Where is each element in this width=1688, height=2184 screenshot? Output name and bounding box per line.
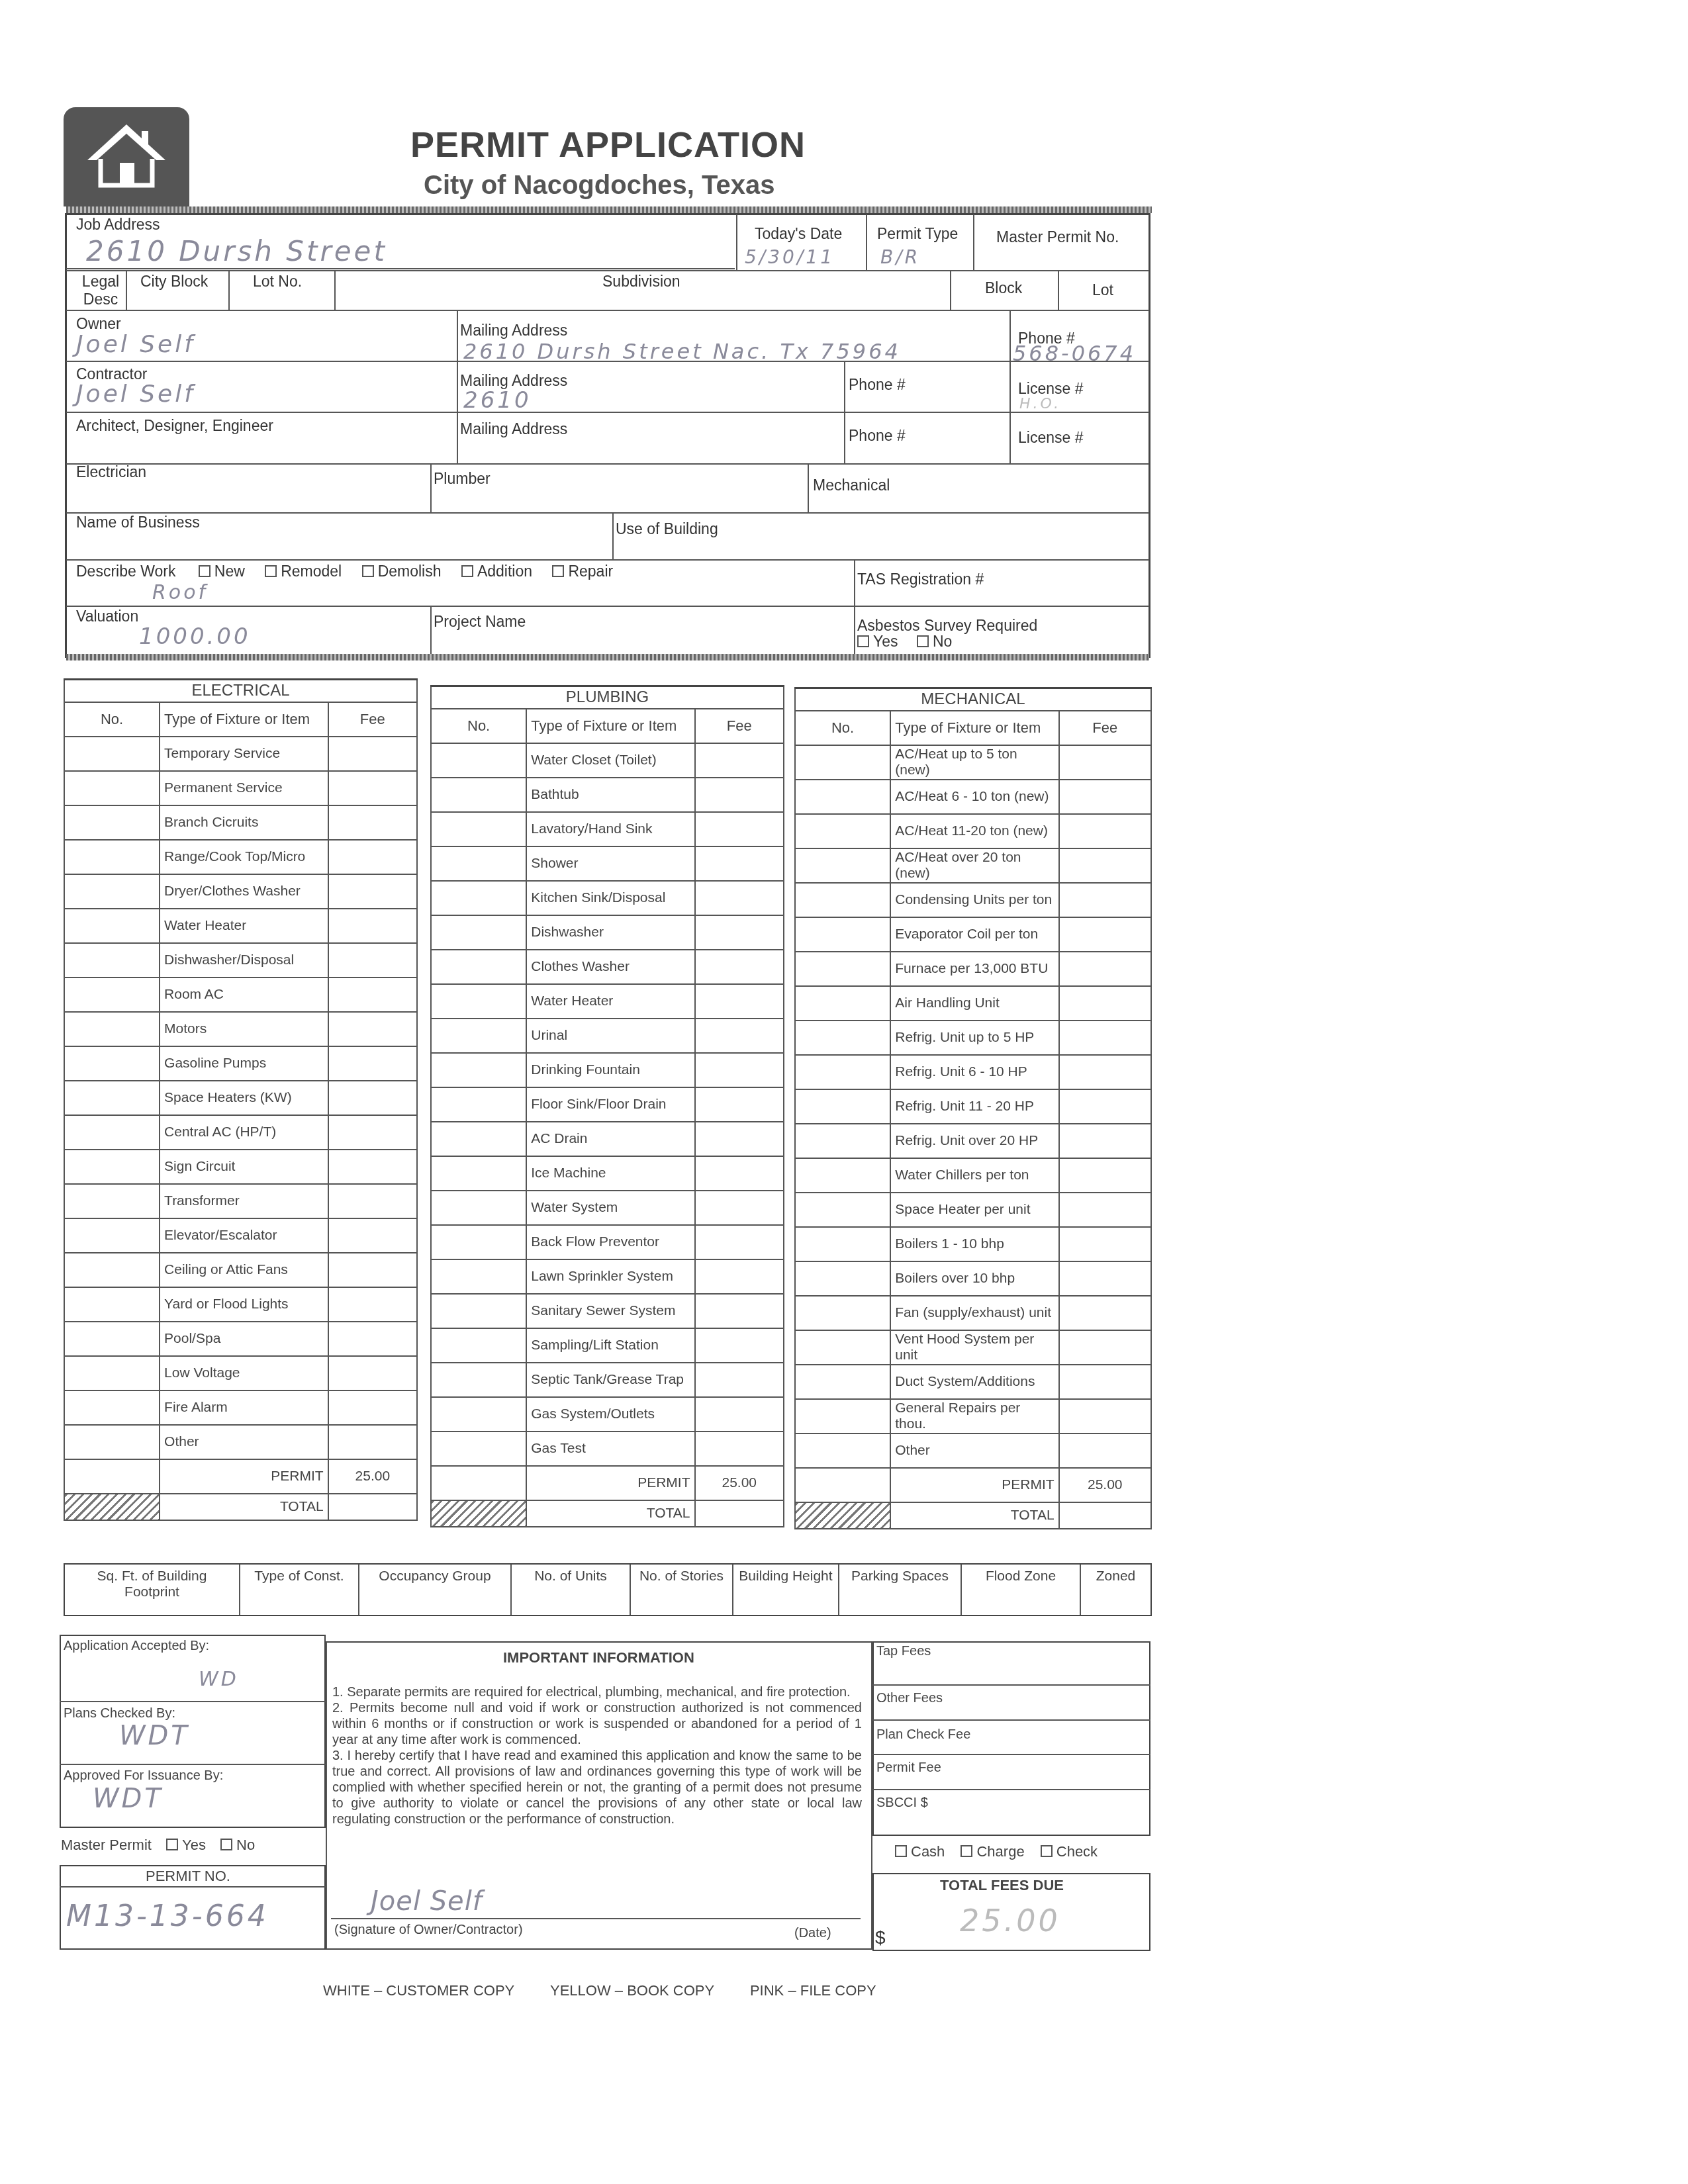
hatched-cell xyxy=(431,1500,526,1527)
plumbing-fee-field[interactable] xyxy=(695,1156,784,1191)
electrical-qty-field[interactable] xyxy=(64,1356,160,1390)
electrical-qty-field[interactable] xyxy=(64,1425,160,1459)
mechanical-item-label: Fan (supply/exhaust) unit xyxy=(890,1296,1058,1330)
electrical-fee-field[interactable] xyxy=(328,1081,417,1115)
electrical-qty-field[interactable] xyxy=(64,1287,160,1322)
checkbox-check[interactable]: Check xyxy=(1041,1843,1098,1860)
plumbing-qty-field[interactable] xyxy=(431,950,526,984)
electrical-fee-field[interactable] xyxy=(328,1322,417,1356)
mechanical-qty-field[interactable] xyxy=(795,780,890,814)
job-address-field[interactable]: 2610 Dursh Street xyxy=(86,235,387,267)
electrical-qty-field[interactable] xyxy=(64,1012,160,1046)
plumbing-fee-field[interactable] xyxy=(695,1225,784,1259)
plumbing-qty-field[interactable] xyxy=(431,1156,526,1191)
electrical-item-label: Temporary Service xyxy=(160,737,328,771)
electrical-item-label: Branch Cicruits xyxy=(160,805,328,840)
electrical-fee-field[interactable] xyxy=(328,840,417,874)
mechanical-item-label: Refrig. Unit 11 - 20 HP xyxy=(890,1089,1058,1124)
todays-date-field[interactable]: 5/30/11 xyxy=(745,246,835,268)
page-subtitle: City of Nacogdoches, Texas xyxy=(424,171,775,201)
mechanical-item-label: AC/Heat 6 - 10 ton (new) xyxy=(890,780,1058,814)
plumbing-fee-field[interactable] xyxy=(695,1053,784,1087)
pink-copy-label: PINK – FILE COPY xyxy=(750,1982,876,1999)
mechanical-item-label: Refrig. Unit up to 5 HP xyxy=(890,1021,1058,1055)
table-row: Gasoline Pumps xyxy=(64,1046,417,1081)
plumbing-qty-field[interactable] xyxy=(431,743,526,778)
table-row: Floor Sink/Floor Drain xyxy=(431,1087,784,1122)
plumbing-fee-field[interactable] xyxy=(695,950,784,984)
contractor-field[interactable]: Joel Self xyxy=(76,381,195,408)
electrical-item-label: Dryer/Clothes Washer xyxy=(160,874,328,909)
plumbing-item-label: Kitchen Sink/Disposal xyxy=(526,881,694,915)
plumbing-item-label: Bathtub xyxy=(526,778,694,812)
mechanical-qty-field[interactable] xyxy=(795,1365,890,1399)
plumbing-fee-field[interactable] xyxy=(695,1259,784,1294)
signature-label: (Signature of Owner/Contractor) xyxy=(334,1923,523,1938)
checkbox-master-no[interactable]: No xyxy=(220,1837,255,1853)
mechanical-fee-field[interactable] xyxy=(1059,1227,1151,1261)
plumbing-fee-field[interactable] xyxy=(695,1294,784,1328)
checkbox-asbestos-yes[interactable]: Yes xyxy=(857,633,898,650)
mechanical-qty-field[interactable] xyxy=(795,1021,890,1055)
electrical-item-label: Space Heaters (KW) xyxy=(160,1081,328,1115)
electrical-fee-field[interactable] xyxy=(328,1150,417,1184)
owner-field[interactable]: Joel Self xyxy=(76,331,195,358)
mechanical-fee-field[interactable] xyxy=(1059,883,1151,917)
checkbox-remodel[interactable]: Remodel xyxy=(265,563,342,580)
total-fees-value[interactable]: 25.00 xyxy=(960,1903,1060,1938)
describe-work-label: Describe Work xyxy=(76,563,175,580)
plumbing-qty-field[interactable] xyxy=(431,1294,526,1328)
table-row: AC/Heat 6 - 10 ton (new) xyxy=(795,780,1151,814)
table-row: AC/Heat up to 5 ton (new) xyxy=(795,745,1151,780)
tas-registration-label: TAS Registration # xyxy=(857,570,984,588)
electrical-item-label: Transformer xyxy=(160,1184,328,1218)
electrical-qty-field[interactable] xyxy=(64,771,160,805)
electrical-qty-field[interactable] xyxy=(64,909,160,943)
checkbox-addition[interactable]: Addition xyxy=(461,563,532,580)
important-info-item: 2. Permits become null and void if work … xyxy=(332,1700,862,1748)
mechanical-fee-field[interactable] xyxy=(1059,1433,1151,1468)
table-row: Boilers 1 - 10 bhp xyxy=(795,1227,1151,1261)
legal-desc-label: Legal Desc xyxy=(81,273,120,308)
plumbing-total-fee[interactable] xyxy=(695,1500,784,1527)
mechanical-fee-field[interactable] xyxy=(1059,1193,1151,1227)
electrical-fee-field[interactable] xyxy=(328,737,417,771)
table-row: Condensing Units per ton xyxy=(795,883,1151,917)
mechanical-fee-field[interactable] xyxy=(1059,1399,1151,1433)
electrical-item-label: Room AC xyxy=(160,978,328,1012)
mechanical-fee-field[interactable] xyxy=(1059,848,1151,883)
building-info-field[interactable]: Sq. Ft. of Building Footprint xyxy=(65,1565,240,1615)
plumbing-item-label: Shower xyxy=(526,846,694,881)
checkbox-new[interactable]: New xyxy=(199,563,245,580)
mechanical-item-label: Duct System/Additions xyxy=(890,1365,1058,1399)
plumbing-fee-field[interactable] xyxy=(695,915,784,950)
table-row: Fire Alarm xyxy=(64,1390,417,1425)
mechanical-permit-fee: 25.00 xyxy=(1059,1468,1151,1502)
table-row: Refrig. Unit 6 - 10 HP xyxy=(795,1055,1151,1089)
owner-phone-field[interactable]: 568-0674 xyxy=(1013,341,1136,366)
electrical-permit-fee: 25.00 xyxy=(328,1459,417,1494)
plumbing-fee-field[interactable] xyxy=(695,1191,784,1225)
electrical-column-header: No. xyxy=(64,702,160,737)
table-row: Water Closet (Toilet) xyxy=(431,743,784,778)
plumbing-qty-field[interactable] xyxy=(431,1019,526,1053)
plumbing-fee-field[interactable] xyxy=(695,984,784,1019)
important-info-title: IMPORTANT INFORMATION xyxy=(503,1649,694,1666)
electrical-qty-field[interactable] xyxy=(64,1046,160,1081)
mechanical-permit-label: PERMIT xyxy=(890,1468,1058,1502)
owner-mailing-field[interactable]: 2610 Dursh Street Nac. Tx 75964 xyxy=(463,339,901,364)
electrical-total-label: TOTAL xyxy=(160,1494,328,1520)
important-info-list: 1. Separate permits are required for ele… xyxy=(332,1684,862,1827)
mechanical-fee-field[interactable] xyxy=(1059,917,1151,952)
plumbing-qty-field[interactable] xyxy=(431,1259,526,1294)
electrical-qty-field[interactable] xyxy=(64,943,160,978)
electrical-fee-field[interactable] xyxy=(328,1356,417,1390)
table-row: Dishwasher xyxy=(431,915,784,950)
table-row: Ice Machine xyxy=(431,1156,784,1191)
mechanical-qty-field[interactable] xyxy=(795,1433,890,1468)
table-row: Other xyxy=(64,1425,417,1459)
mechanical-qty-field[interactable] xyxy=(795,1158,890,1193)
architect-mailing-label: Mailing Address xyxy=(460,420,567,438)
lot-label: Lot xyxy=(1092,281,1113,299)
table-row: Permanent Service xyxy=(64,771,417,805)
electrical-total-fee[interactable] xyxy=(328,1494,417,1520)
plumbing-fee-field[interactable] xyxy=(695,846,784,881)
table-row: Transformer xyxy=(64,1184,417,1218)
electrical-fee-field[interactable] xyxy=(328,1425,417,1459)
table-row: Septic Tank/Grease Trap xyxy=(431,1363,784,1397)
mechanical-fee-field[interactable] xyxy=(1059,745,1151,780)
mechanical-qty-field[interactable] xyxy=(795,883,890,917)
plumbing-qty-field[interactable] xyxy=(431,881,526,915)
electrical-item-label: Pool/Spa xyxy=(160,1322,328,1356)
contractor-license-label: License # xyxy=(1018,380,1083,398)
electrical-fee-field[interactable] xyxy=(328,1253,417,1287)
mechanical-item-label: AC/Heat over 20 ton (new) xyxy=(890,848,1058,883)
checkbox-demolish[interactable]: Demolish xyxy=(362,563,442,580)
signature-field[interactable]: Joel Self xyxy=(371,1886,483,1917)
approved-for-issuance-label: Approved For Issuance By: xyxy=(64,1768,223,1784)
hatched-cell xyxy=(795,1502,890,1529)
plumbing-qty-field[interactable] xyxy=(431,1432,526,1466)
mechanical-table-title: MECHANICAL xyxy=(795,688,1151,711)
plumbing-fee-field[interactable] xyxy=(695,812,784,846)
mechanical-qty-field[interactable] xyxy=(795,1227,890,1261)
checkbox-repair[interactable]: Repair xyxy=(552,563,613,580)
plumbing-permit-fee: 25.00 xyxy=(695,1466,784,1500)
mechanical-fee-field[interactable] xyxy=(1059,1055,1151,1089)
mechanical-fee-field[interactable] xyxy=(1059,1158,1151,1193)
mechanical-qty-field[interactable] xyxy=(795,986,890,1021)
mechanical-item-label: Boilers over 10 bhp xyxy=(890,1261,1058,1296)
table-row: Lavatory/Hand Sink xyxy=(431,812,784,846)
mechanical-item-label: Evaporator Coil per ton xyxy=(890,917,1058,952)
electrical-qty-field[interactable] xyxy=(64,805,160,840)
white-copy-label: WHITE – CUSTOMER COPY xyxy=(323,1982,514,1999)
mechanical-qty-field[interactable] xyxy=(795,814,890,848)
plumbing-fee-field[interactable] xyxy=(695,1432,784,1466)
mechanical-fee-field[interactable] xyxy=(1059,986,1151,1021)
table-row: Space Heaters (KW) xyxy=(64,1081,417,1115)
contractor-license-field[interactable]: H.O. xyxy=(1019,396,1061,412)
mechanical-item-label: Refrig. Unit 6 - 10 HP xyxy=(890,1055,1058,1089)
electrical-fee-field[interactable] xyxy=(328,943,417,978)
mechanical-fee-field[interactable] xyxy=(1059,1021,1151,1055)
electrical-item-label: Sign Circuit xyxy=(160,1150,328,1184)
electrical-qty-field[interactable] xyxy=(64,737,160,771)
mechanical-fee-field[interactable] xyxy=(1059,1124,1151,1158)
checkbox-asbestos-no[interactable]: No xyxy=(917,633,952,650)
electrical-item-label: Permanent Service xyxy=(160,771,328,805)
mechanical-total-fee[interactable] xyxy=(1059,1502,1151,1529)
table-row: Clothes Washer xyxy=(431,950,784,984)
mechanical-qty-field[interactable] xyxy=(795,1055,890,1089)
table-row: Elevator/Escalator xyxy=(64,1218,417,1253)
plumbing-qty-field[interactable] xyxy=(431,1191,526,1225)
mechanical-fee-field[interactable] xyxy=(1059,1261,1151,1296)
mechanical-qty-field[interactable] xyxy=(795,1399,890,1433)
plumbing-fee-field[interactable] xyxy=(695,1328,784,1363)
electrical-fee-field[interactable] xyxy=(328,1115,417,1150)
table-row: Refrig. Unit up to 5 HP xyxy=(795,1021,1151,1055)
electrical-qty-field[interactable] xyxy=(64,1184,160,1218)
electrical-item-label: Motors xyxy=(160,1012,328,1046)
important-info-item: 1. Separate permits are required for ele… xyxy=(332,1684,862,1700)
table-row: Drinking Fountain xyxy=(431,1053,784,1087)
mechanical-qty-field[interactable] xyxy=(795,745,890,780)
mechanical-qty-field[interactable] xyxy=(795,917,890,952)
plumbing-item-label: Dishwasher xyxy=(526,915,694,950)
mechanical-fee-field[interactable] xyxy=(1059,780,1151,814)
plumbing-qty-field[interactable] xyxy=(431,1397,526,1432)
electrical-qty-field[interactable] xyxy=(64,1218,160,1253)
mechanical-qty-field[interactable] xyxy=(795,848,890,883)
permit-fee-label: Permit Fee xyxy=(876,1760,941,1776)
electrical-qty-field[interactable] xyxy=(64,874,160,909)
plumbing-fee-field[interactable] xyxy=(695,743,784,778)
electrical-fee-field[interactable] xyxy=(328,1390,417,1425)
electrical-item-label: Range/Cook Top/Micro xyxy=(160,840,328,874)
currency-symbol: $ xyxy=(875,1927,886,1948)
mechanical-qty-field[interactable] xyxy=(795,952,890,986)
plumbing-item-label: Drinking Fountain xyxy=(526,1053,694,1087)
mechanical-item-label: Furnace per 13,000 BTU xyxy=(890,952,1058,986)
mechanical-fee-field[interactable] xyxy=(1059,1330,1151,1365)
electrical-item-label: Dishwasher/Disposal xyxy=(160,943,328,978)
payment-method-row: Cash Charge Check xyxy=(895,1843,1098,1860)
building-info-label: No. of Units xyxy=(534,1569,607,1584)
mechanical-fee-field[interactable] xyxy=(1059,1365,1151,1399)
mechanical-item-label: Other xyxy=(890,1433,1058,1468)
table-row: Fan (supply/exhaust) unit xyxy=(795,1296,1151,1330)
mechanical-fee-field[interactable] xyxy=(1059,952,1151,986)
plumbing-qty-field[interactable] xyxy=(431,846,526,881)
plumbing-qty-field[interactable] xyxy=(431,1087,526,1122)
mechanical-qty-field[interactable] xyxy=(795,1296,890,1330)
important-info-item: 3. I hereby certify that I have read and… xyxy=(332,1748,862,1827)
electrical-item-label: Other xyxy=(160,1425,328,1459)
valuation-label: Valuation xyxy=(76,608,138,625)
table-row: Water Chillers per ton xyxy=(795,1158,1151,1193)
electrical-item-label: Fire Alarm xyxy=(160,1390,328,1425)
plumbing-qty-field[interactable] xyxy=(431,1225,526,1259)
plumbing-item-label: Septic Tank/Grease Trap xyxy=(526,1363,694,1397)
plumbing-item-label: Water Heater xyxy=(526,984,694,1019)
building-info-label: Flood Zone xyxy=(986,1569,1056,1584)
building-info-field[interactable]: Parking Spaces xyxy=(839,1565,962,1615)
mechanical-item-label: Refrig. Unit over 20 HP xyxy=(890,1124,1058,1158)
plans-checked-field[interactable]: WDT xyxy=(119,1721,190,1751)
plumbing-fee-field[interactable] xyxy=(695,1397,784,1432)
plumbing-qty-field[interactable] xyxy=(431,915,526,950)
mechanical-qty-field[interactable] xyxy=(795,1089,890,1124)
application-accepted-field[interactable]: WD xyxy=(199,1668,239,1691)
mechanical-qty-field[interactable] xyxy=(795,1124,890,1158)
building-info-field[interactable]: Building Height xyxy=(733,1565,839,1615)
mechanical-fee-field[interactable] xyxy=(1059,1296,1151,1330)
plumbing-fee-table: PLUMBINGNo.Type of Fixture or ItemFee Wa… xyxy=(430,685,784,1527)
table-row: Water Heater xyxy=(64,909,417,943)
building-info-field[interactable]: No. of Units xyxy=(512,1565,631,1615)
plumbing-item-label: Water System xyxy=(526,1191,694,1225)
building-info-field[interactable]: No. of Stories xyxy=(631,1565,733,1615)
electrical-fee-table: ELECTRICALNo.Type of Fixture or ItemFee … xyxy=(64,678,418,1521)
electrical-fee-field[interactable] xyxy=(328,1184,417,1218)
table-row: Ceiling or Attic Fans xyxy=(64,1253,417,1287)
electrical-qty-field[interactable] xyxy=(64,1322,160,1356)
table-row: Boilers over 10 bhp xyxy=(795,1261,1151,1296)
table-row: General Repairs per thou. xyxy=(795,1399,1151,1433)
mechanical-column-header: Fee xyxy=(1059,711,1151,745)
plumbing-qty-field[interactable] xyxy=(431,1363,526,1397)
electrical-fee-field[interactable] xyxy=(328,1012,417,1046)
building-info-label: Zoned xyxy=(1096,1569,1136,1584)
master-permit-row: Master Permit Yes No xyxy=(61,1837,255,1854)
electrical-item-label: Water Heater xyxy=(160,909,328,943)
permit-no-field[interactable]: M13-13-664 xyxy=(66,1899,269,1933)
electrical-fee-field[interactable] xyxy=(328,909,417,943)
plumbing-fee-field[interactable] xyxy=(695,881,784,915)
page-title: PERMIT APPLICATION xyxy=(410,124,806,165)
electrical-fee-field[interactable] xyxy=(328,1046,417,1081)
electrical-fee-field[interactable] xyxy=(328,874,417,909)
table-row: Range/Cook Top/Micro xyxy=(64,840,417,874)
valuation-field[interactable]: 1000.00 xyxy=(139,623,251,650)
contractor-mailing-field[interactable]: 2610 xyxy=(463,387,532,414)
table-row: Bathtub xyxy=(431,778,784,812)
date-label: (Date) xyxy=(794,1926,831,1941)
plumbing-qty-field[interactable] xyxy=(431,812,526,846)
electrical-fee-field[interactable] xyxy=(328,1287,417,1322)
asbestos-options: Yes No xyxy=(857,633,952,651)
electrical-qty-field[interactable] xyxy=(64,1390,160,1425)
checkbox-master-yes[interactable]: Yes xyxy=(166,1837,206,1853)
plumbing-qty-field[interactable] xyxy=(431,778,526,812)
mechanical-qty-field[interactable] xyxy=(795,1261,890,1296)
mechanical-contractor-label: Mechanical xyxy=(813,477,890,494)
tap-fees-label: Tap Fees xyxy=(876,1644,931,1659)
mechanical-qty-field[interactable] xyxy=(795,1330,890,1365)
city-block-label: City Block xyxy=(140,273,208,291)
electrical-fee-field[interactable] xyxy=(328,1218,417,1253)
electrical-fee-field[interactable] xyxy=(328,978,417,1012)
footer-copies: WHITE – CUSTOMER COPY YELLOW – BOOK COPY… xyxy=(323,1982,876,1999)
plumbing-qty-field[interactable] xyxy=(431,1053,526,1087)
mechanical-item-label: Boilers 1 - 10 bhp xyxy=(890,1227,1058,1261)
electrical-qty-field[interactable] xyxy=(64,1253,160,1287)
permit-type-field[interactable]: B/R xyxy=(880,246,920,268)
electrical-qty-field[interactable] xyxy=(64,1150,160,1184)
table-row: Refrig. Unit over 20 HP xyxy=(795,1124,1151,1158)
permit-type-label: Permit Type xyxy=(877,225,958,243)
mechanical-qty-field[interactable] xyxy=(795,1193,890,1227)
building-info-field[interactable]: Occupancy Group xyxy=(359,1565,512,1615)
table-row: Water System xyxy=(431,1191,784,1225)
architect-license-label: License # xyxy=(1018,429,1083,447)
plumbing-item-label: Water Closet (Toilet) xyxy=(526,743,694,778)
approved-for-issuance-field[interactable]: WDT xyxy=(93,1784,164,1814)
building-info-field[interactable]: Flood Zone xyxy=(962,1565,1081,1615)
table-row: Shower xyxy=(431,846,784,881)
electrical-fee-field[interactable] xyxy=(328,771,417,805)
mechanical-fee-field[interactable] xyxy=(1059,1089,1151,1124)
table-row: Dryer/Clothes Washer xyxy=(64,874,417,909)
building-info-field[interactable]: Zoned xyxy=(1081,1565,1150,1615)
electrical-qty-field[interactable] xyxy=(64,1081,160,1115)
mechanical-fee-field[interactable] xyxy=(1059,814,1151,848)
electrical-qty-field[interactable] xyxy=(64,1115,160,1150)
checkbox-charge[interactable]: Charge xyxy=(961,1843,1024,1860)
table-row: Gas Test xyxy=(431,1432,784,1466)
table-row: Evaporator Coil per ton xyxy=(795,917,1151,952)
electrical-item-label: Central AC (HP/T) xyxy=(160,1115,328,1150)
plumbing-fee-field[interactable] xyxy=(695,778,784,812)
plumbing-fee-field[interactable] xyxy=(695,1363,784,1397)
electrical-item-label: Gasoline Pumps xyxy=(160,1046,328,1081)
electrical-qty-field[interactable] xyxy=(64,840,160,874)
plumbing-fee-field[interactable] xyxy=(695,1019,784,1053)
plumbing-fee-field[interactable] xyxy=(695,1087,784,1122)
electrical-fee-field[interactable] xyxy=(328,805,417,840)
plumbing-item-label: Floor Sink/Floor Drain xyxy=(526,1087,694,1122)
building-info-field[interactable]: Type of Const. xyxy=(240,1565,359,1615)
table-row: Sign Circuit xyxy=(64,1150,417,1184)
plumbing-fee-field[interactable] xyxy=(695,1122,784,1156)
application-accepted-label: Application Accepted By: xyxy=(64,1639,209,1654)
permit-no-label: PERMIT NO. xyxy=(146,1868,230,1885)
describe-work-field[interactable]: Roof xyxy=(152,581,208,604)
plumbing-column-header: Type of Fixture or Item xyxy=(526,709,694,743)
mechanical-total-label: TOTAL xyxy=(890,1502,1058,1529)
electrical-qty-field[interactable] xyxy=(64,978,160,1012)
plumbing-qty-field[interactable] xyxy=(431,1122,526,1156)
job-address-label: Job Address xyxy=(76,216,160,234)
table-row: Other xyxy=(795,1433,1151,1468)
plumbing-qty-field[interactable] xyxy=(431,1328,526,1363)
contractor-phone-label: Phone # xyxy=(849,376,906,394)
plumbing-item-label: Lavatory/Hand Sink xyxy=(526,812,694,846)
building-info-label: Occupancy Group xyxy=(379,1569,491,1584)
building-info-label: Type of Const. xyxy=(254,1569,344,1584)
plumbing-qty-field[interactable] xyxy=(431,984,526,1019)
plumber-label: Plumber xyxy=(434,470,491,488)
table-row: Branch Cicruits xyxy=(64,805,417,840)
checkbox-cash[interactable]: Cash xyxy=(895,1843,945,1860)
